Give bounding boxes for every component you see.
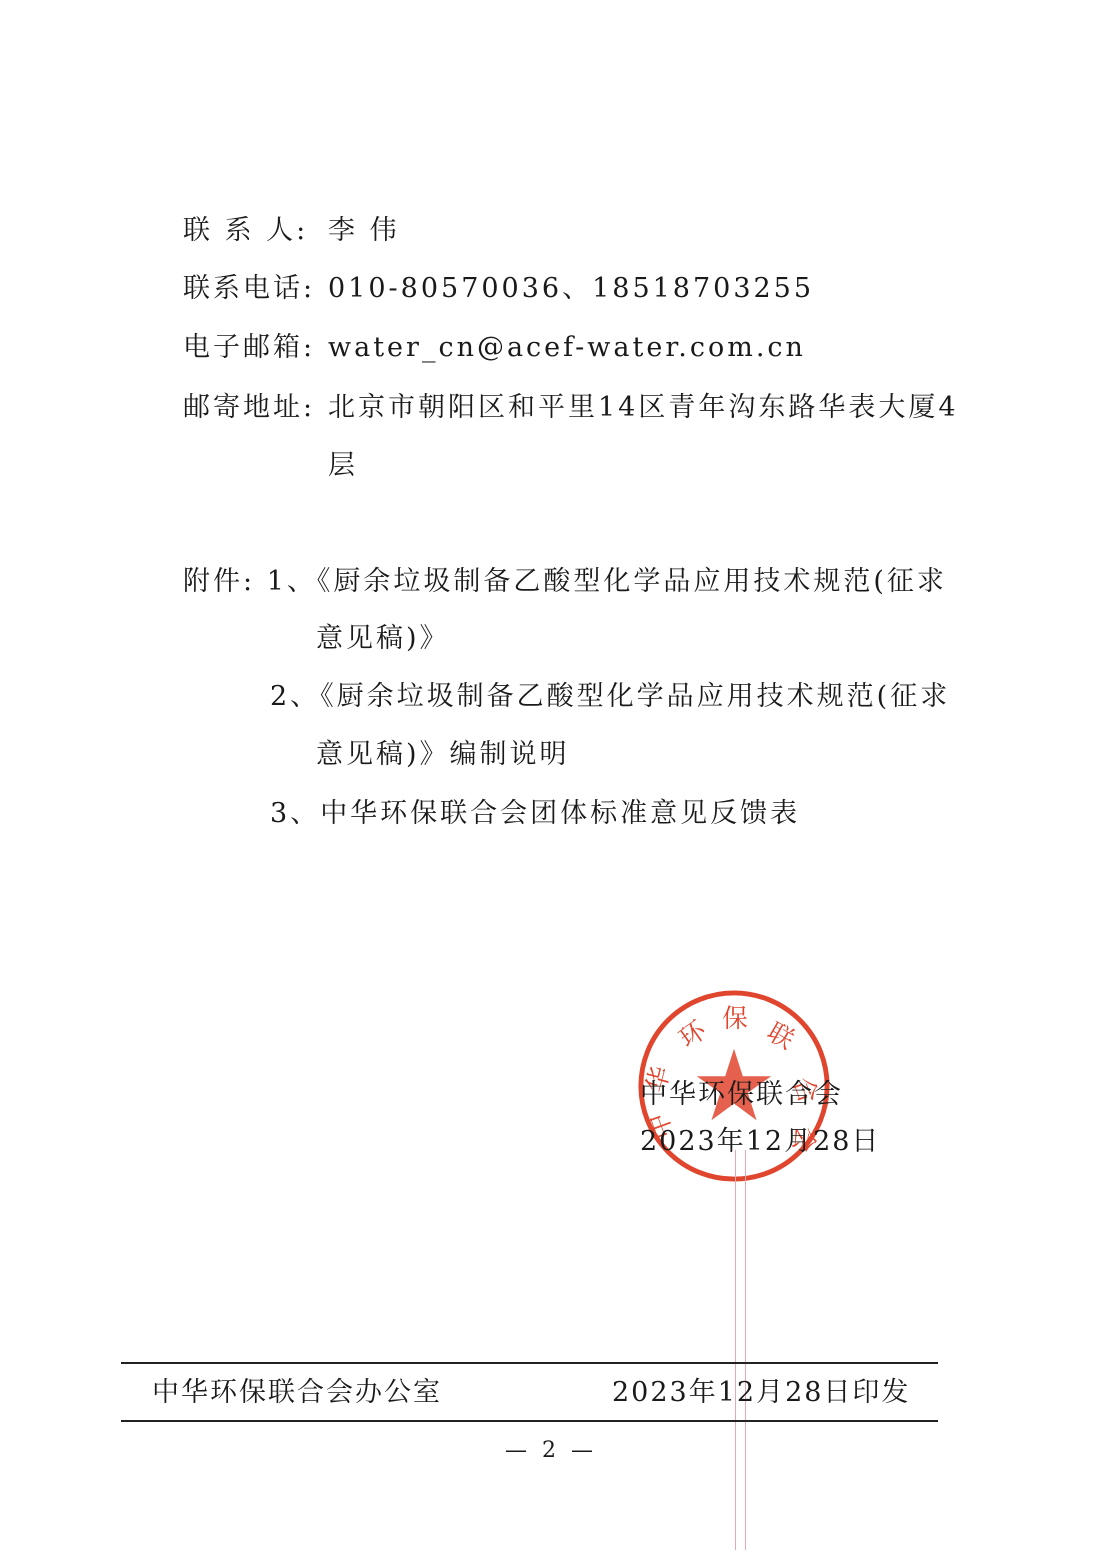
attachments-label: 附件:: [183, 566, 255, 597]
contact-email-row: 电子邮箱:water_cn@acef-water.com.cn: [183, 331, 806, 365]
attachment-1-number: 1、: [267, 566, 317, 597]
footer-issuer: 中华环保联合会办公室: [152, 1376, 442, 1410]
contact-address-row: 邮寄地址:北京市朝阳区和平里14区青年沟东路华表大厦4: [183, 391, 959, 425]
attachment-2-number: 2、: [270, 681, 320, 712]
scan-artifact-line: [745, 1150, 746, 1550]
footer-top-rule: [121, 1362, 938, 1364]
attachment-row-3: 3、中华环保联合会团体标准意见反馈表: [270, 797, 800, 831]
svg-text:环: 环: [674, 1014, 713, 1054]
attachment-3-number: 3、: [270, 798, 320, 829]
contact-phone-value: 010-80570036、18518703255: [328, 273, 814, 304]
attachment-2-continuation: 意见稿)》编制说明: [316, 738, 570, 772]
page-number: — 2 —: [0, 1438, 1102, 1463]
footer-bottom-rule: [121, 1420, 938, 1422]
contact-person-row: 联 系 人:李 伟: [183, 214, 400, 248]
attachment-3-title: 中华环保联合会团体标准意见反馈表: [320, 798, 800, 829]
svg-text:保: 保: [722, 1004, 747, 1034]
document-page: 联 系 人:李 伟 联系电话:010-80570036、18518703255 …: [0, 0, 1102, 1559]
contact-address-label: 邮寄地址:: [183, 391, 328, 425]
contact-person-label: 联 系 人:: [183, 214, 328, 248]
contact-phone-label: 联系电话:: [183, 272, 328, 306]
attachment-2-title: 《厨余垃圾制备乙酸型化学品应用技术规范(征求: [320, 681, 950, 712]
contact-phone-row: 联系电话:010-80570036、18518703255: [183, 272, 814, 306]
contact-person-value: 李 伟: [328, 215, 400, 246]
scan-artifact-line: [735, 1150, 736, 1550]
contact-email-label: 电子邮箱:: [183, 331, 328, 365]
attachment-row-2: 2、《厨余垃圾制备乙酸型化学品应用技术规范(征求: [270, 680, 950, 714]
signature-date: 2023年12月28日: [640, 1125, 880, 1159]
contact-email-value: water_cn@acef-water.com.cn: [328, 332, 806, 363]
contact-address-continuation: 层: [328, 449, 358, 483]
attachment-1-continuation: 意见稿)》: [316, 622, 450, 656]
attachment-1-title: 《厨余垃圾制备乙酸型化学品应用技术规范(征求: [317, 566, 947, 597]
footer-issue-date: 2023年12月28日印发: [612, 1376, 910, 1410]
svg-text:联: 联: [762, 1017, 799, 1056]
signature-organization: 中华环保联合会: [640, 1078, 843, 1112]
attachment-row-1: 附件: 1、《厨余垃圾制备乙酸型化学品应用技术规范(征求: [183, 565, 947, 599]
contact-address-value: 北京市朝阳区和平里14区青年沟东路华表大厦4: [328, 392, 959, 423]
